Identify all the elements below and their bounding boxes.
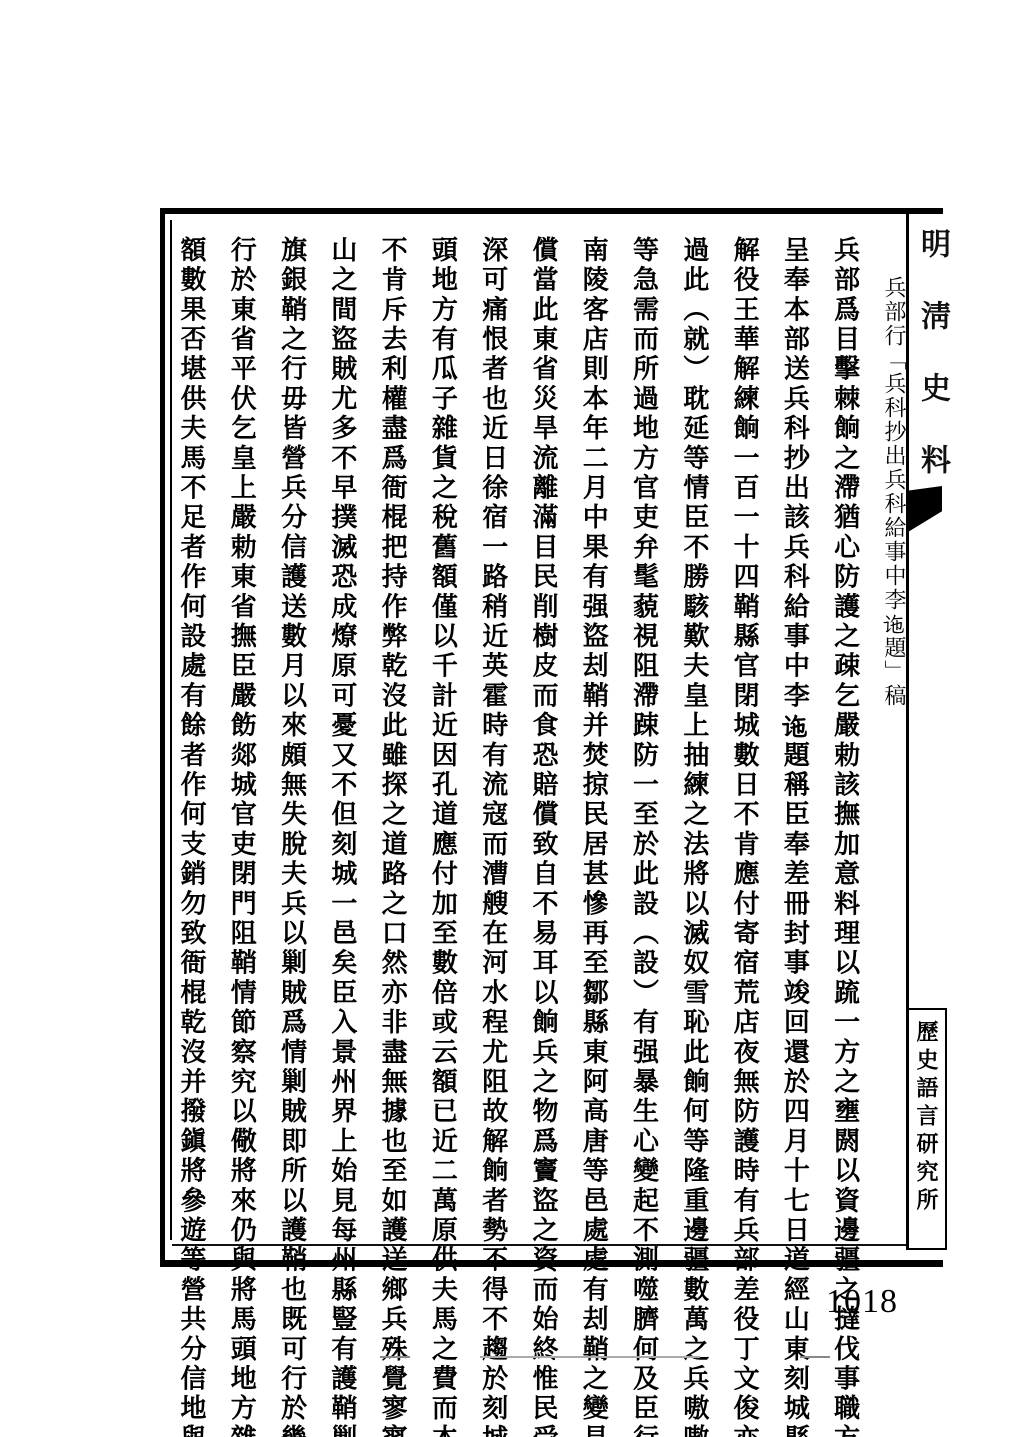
inner-border-left <box>170 220 172 1240</box>
text-column: 解役王華解練餉一百一十四鞘縣官閉城數日不肯應付寄宿荒店夜無防護時有兵部差役丁文俊… <box>731 236 757 1236</box>
text-column: 額數果否堪供夫馬不足者作何設處有餘者作何支銷勿致衙棍乾沒并撥鎭將參遊等營共分信地… <box>178 236 204 1236</box>
text-column: 行於東省平伏乞皇上嚴勅東省撫臣嚴飭郯城官吏閉門阻鞘情節察究以儆將來仍與將馬頭地方… <box>228 236 254 1236</box>
spine-title: 明 淸 史 料 <box>912 228 952 474</box>
text-column: 呈奉本部送兵科抄出該兵科給事中李𫍟題稱臣奉差冊封事竣回還於四月十七日道經山東刻城… <box>781 236 807 1236</box>
document-title: 兵部行「兵科抄出兵科給事中李𫍟題」稿 <box>882 276 904 1236</box>
spine-char: 史 <box>910 372 954 402</box>
spine-char: 明 <box>910 228 954 258</box>
text-column: 兵部爲目擊棘餉之滯猶心防護之疎乞嚴勅該撫加意料理以䟽一方之壅閼以資邊疆之撻伐事職… <box>832 236 858 1236</box>
scan-noise <box>480 1356 700 1358</box>
text-column: 過此（就）耽延等情臣不勝駭歎夫皇上抽練之法將以滅奴雪恥此餉何等隆重邊疆數萬之兵嗷… <box>681 236 707 1236</box>
spine-char: 淸 <box>910 300 954 330</box>
text-column: 等急需而所過地方官吏弁髦藐視阻滯踈防一至於此設（設）有强暴生心變起不測噬臍何及臣… <box>631 236 657 1236</box>
text-column: 旗銀鞘之行毋皆營兵分信護送數月以來頗無失脫夫兵以剿賊爲情剿賊即所以護鞘也既可行於… <box>279 236 305 1236</box>
scan-noise <box>800 1356 830 1358</box>
document-body: 兵部行「兵科抄出兵科給事中李𫍟題」稿 兵部爲目擊棘餉之滯猶心防護之疎乞嚴勅該撫加… <box>178 236 904 1236</box>
spine-char: 料 <box>910 444 954 474</box>
text-column: 山之間盜賊尤多不早撲滅恐成燎原可憂又不但刻城一邑矣臣入景州界上始見每州縣豎有護鞘… <box>329 236 355 1236</box>
page-number: 1018 <box>826 1283 898 1321</box>
text-column: 深可痛恨者也近日徐宿一路稍近英霍時有流寇而漕艘在河水程尤阻故解餉者勢不得不趨於刻… <box>480 236 506 1236</box>
text-column: 頭地方有瓜子雜貨之稅舊額僅以千計近因孔道應付加至數倍或云額已近二萬原供夫馬之費而… <box>429 236 455 1236</box>
text-column: 償當此東省災旱流離滿目民削樹皮而食恐賠償致自不易耳以餉兵之物爲竇盜之資而始終惟民… <box>530 236 556 1236</box>
scan-noise <box>380 1356 410 1358</box>
text-column: 不肯斥去利權盡爲衙棍把持作弊乾沒此雖探之道路之口然亦非盡無據也至如護送鄉兵殊覺寥… <box>379 236 405 1236</box>
text-column: 南陵客店則本年二月中果有强盜刦鞘并焚掠民居甚慘再至鄒縣東阿高唐等邑處處有刦鞘之變… <box>580 236 606 1236</box>
press-label: 歷史語言研究所 <box>914 1020 938 1216</box>
